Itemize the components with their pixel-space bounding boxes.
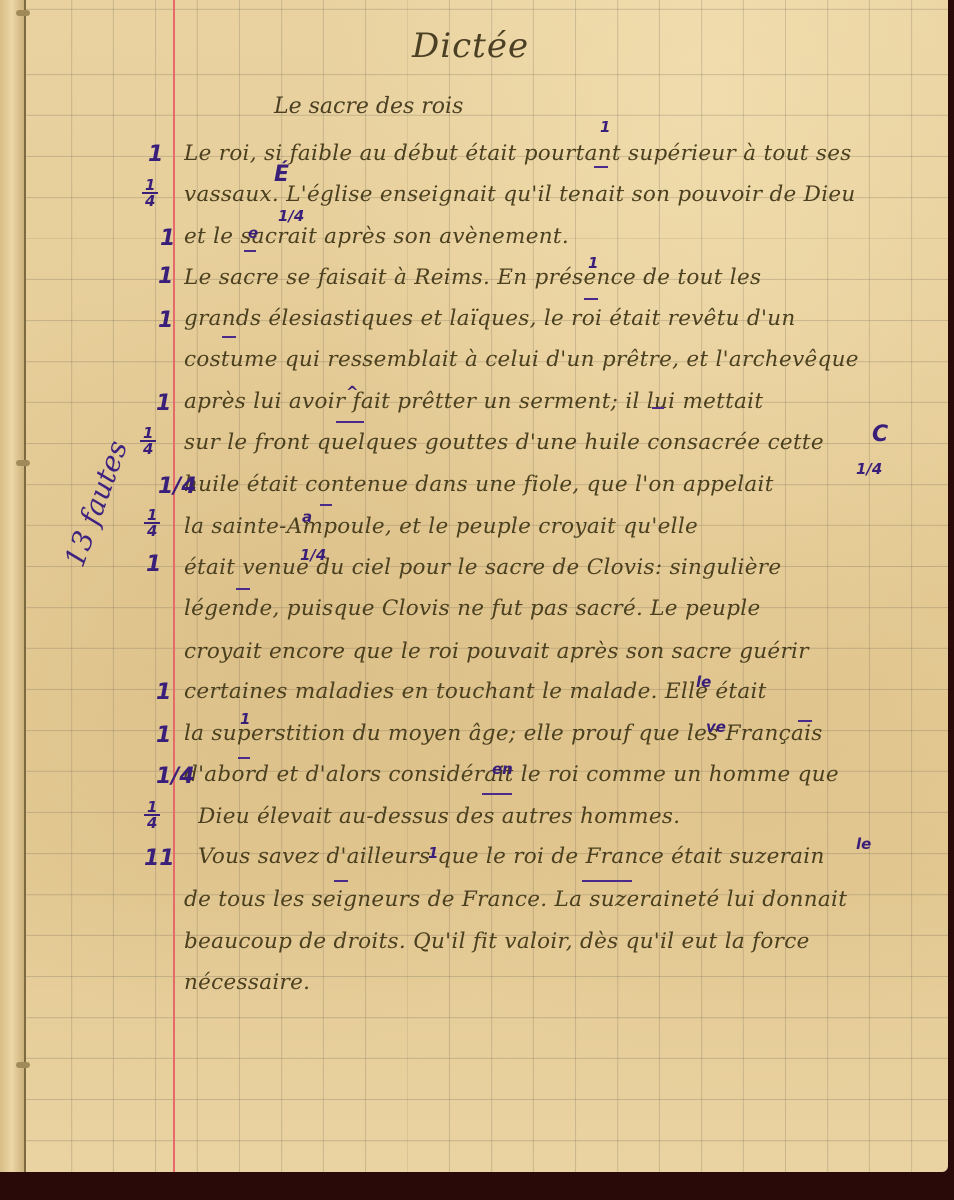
text-line: après lui avoir fait prêtter un serment;… [184,389,936,414]
correction-mark: e [248,224,258,242]
text-line: sur le front quelques gouttes d'une huil… [184,430,936,455]
correction-mark: 1 [588,254,598,272]
correction-mark: 1 [428,844,438,862]
grade-mark: 1 [158,308,173,333]
grid-horizontal-lines [0,0,948,1172]
correction-underline [334,880,348,882]
correction-underline [238,757,250,759]
text-line: la sainte-Ampoule, et le peuple croyait … [184,514,936,539]
text-line: la superstition du moyen âge; elle prouf… [184,721,936,746]
correction-underline [222,336,236,338]
red-margin-line [173,0,175,1172]
staple-icon [16,1062,30,1068]
correction-mark: É [274,162,289,187]
text-line: Le roi, si faible au début était pourtan… [184,141,936,166]
correction-underline [244,250,256,252]
text-line: d'abord et d'alors considérait le roi co… [184,762,936,787]
grade-mark-fraction: 14 [144,508,160,538]
text-line: nécessaire. [184,970,936,995]
grade-mark: 1 [156,723,171,748]
grade-mark-fraction: 14 [140,426,156,456]
grade-mark: 1 [158,264,173,289]
correction-mark: 1 [240,710,250,728]
correction-underline [584,298,598,300]
grade-mark: 1 [156,391,171,416]
correction-mark: 1/4 [278,207,304,225]
text-line: était venue du ciel pour le sacre de Clo… [184,555,936,580]
grade-mark: 1/4 [158,474,197,499]
staple-icon [16,10,30,16]
page-subtitle: Le sacre des rois [274,94,463,119]
text-line: Le sacre se faisait à Reims. En présence… [184,265,936,290]
binding-fold-line [24,0,26,1172]
correction-underline [798,720,812,722]
correction-underline [582,880,632,882]
correction-underline [336,421,364,423]
grade-mark: 1 [146,552,161,577]
text-line: costume qui ressemblait à celui d'un prê… [184,347,936,372]
correction-mark: le [696,673,711,691]
grade-mark: 1/4 [156,764,195,789]
text-line: huile était contenue dans une fiole, que… [184,472,936,497]
correction-mark: ve [706,718,726,736]
correction-underline [320,504,332,506]
correction-underline [482,793,512,795]
staple-icon [16,460,30,466]
correction-mark: 1 [600,118,610,136]
correction-mark: ^ [346,383,359,401]
text-line: certaines maladies en touchant le malade… [184,679,936,704]
text-line: beaucoup de droits. Qu'il fit valoir, dè… [184,929,936,954]
correction-underline [652,407,664,409]
correction-mark: le [856,835,871,853]
page-title: Dictée [412,26,529,66]
text-line: grands élesiastiques et laïques, le roi … [184,306,936,331]
correction-mark: 1/4 [300,546,326,564]
correction-underline [236,588,250,590]
grade-mark: 1 [156,680,171,705]
correction-mark: en [492,760,513,778]
correction-mark: 1/4 [856,460,882,478]
correction-mark: a [302,508,312,526]
text-line: de tous les seigneurs de France. La suze… [184,887,936,912]
grade-mark: 11 [144,846,175,871]
text-line: Dieu élevait au-dessus des autres hommes… [198,804,950,829]
notebook-binding [0,0,26,1172]
correction-underline [594,166,608,168]
text-line: Vous savez d'ailleurs que le roi de Fran… [198,844,950,869]
text-line: et le sacrait après son avènement. [184,224,936,249]
grade-mark: 1 [160,226,175,251]
text-line: vassaux. L'église enseignait qu'il tenai… [184,182,936,207]
correction-mark: C [872,422,888,447]
notebook-page: Dictée Le sacre des rois 13 fautes Le ro… [0,0,948,1172]
text-line: croyait encore que le roi pouvait après … [184,639,936,664]
grade-mark: 1 [148,142,163,167]
grade-mark-fraction: 14 [144,800,160,830]
grade-mark-fraction: 14 [142,178,158,208]
text-line: légende, puisque Clovis ne fut pas sacré… [184,596,936,621]
